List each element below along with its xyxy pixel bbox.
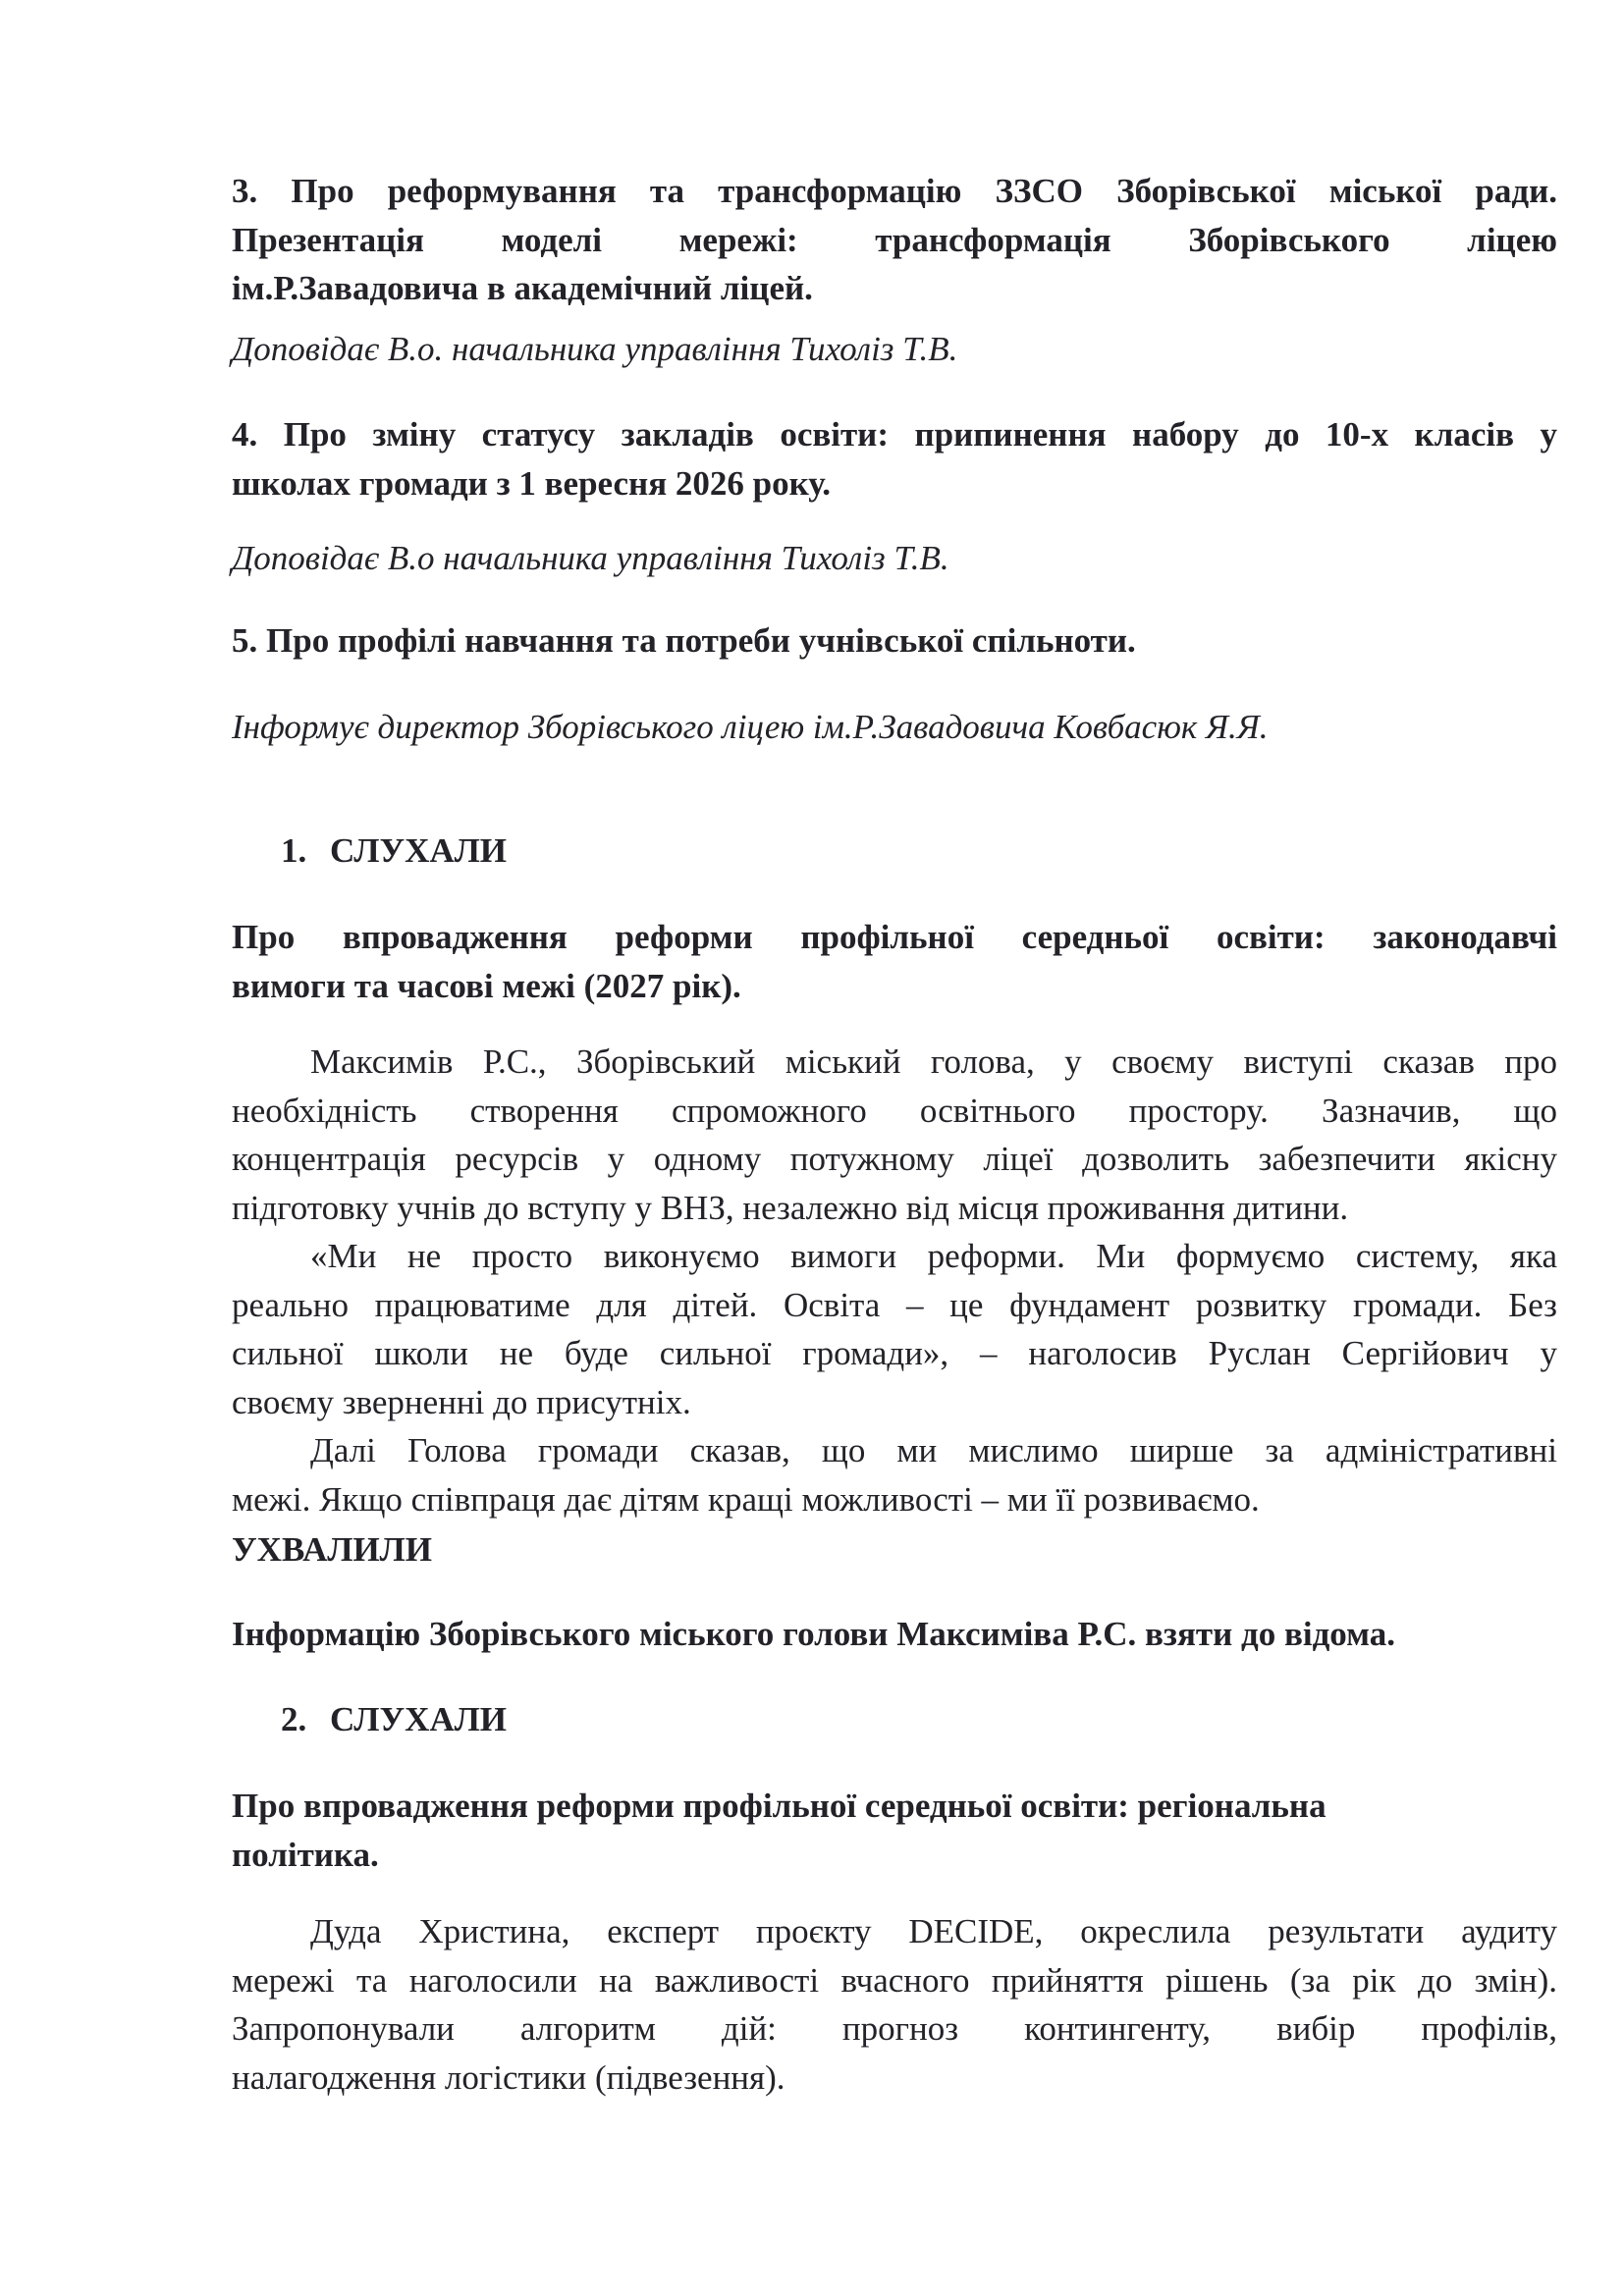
section-2-p1-line-4: налагодження логістики (підвезення).: [232, 2054, 1557, 2103]
section-2-label: СЛУХАЛИ: [330, 1700, 507, 1738]
section-1-p2-line-4: своєму зверненні до присутніх.: [232, 1378, 1557, 1427]
section-2-heading: 2.СЛУХАЛИ: [232, 1695, 1606, 1744]
section-1-paragraph-3: Далі Голова громади сказав, що ми мислим…: [232, 1426, 1557, 1523]
section-1-number: 1.: [281, 827, 330, 876]
section-1-label: СЛУХАЛИ: [330, 831, 507, 870]
section-2-paragraph-1: Дуда Христина, експерт проєкту DECIDE, о…: [232, 1907, 1557, 2102]
agenda-item-4-line-2: школах громади з 1 вересня 2026 року.: [232, 459, 1557, 508]
agenda-item-5-speaker: Інформує директор Зборівського ліцею ім.…: [232, 703, 1557, 752]
agenda-item-4-line-1: 4. Про зміну статусу закладів освіти: пр…: [232, 410, 1557, 459]
section-2-number: 2.: [281, 1695, 330, 1744]
section-2-p1-line-3: Запропонували алгоритм дій: прогноз конт…: [232, 2004, 1557, 2054]
section-1-p2-line-1: «Ми не просто виконуємо вимоги реформи. …: [232, 1232, 1557, 1281]
section-1-p1-line-2: необхідність створення спроможного освіт…: [232, 1087, 1557, 1136]
agenda-item-3-speaker: Доповідає В.о. начальника управління Тих…: [232, 325, 1557, 374]
section-2-topic-line-1: Про впровадження реформи профільної сере…: [232, 1782, 1557, 1831]
section-2-topic: Про впровадження реформи профільної сере…: [232, 1782, 1557, 1879]
section-1-p1-line-1: Максимів Р.С., Зборівський міський голов…: [232, 1038, 1557, 1087]
section-1-topic-line-1: Про впровадження реформи профільної сере…: [232, 913, 1557, 962]
section-1-topic-line-2: вимоги та часові межі (2027 рік).: [232, 962, 1557, 1011]
section-1-heading: 1.СЛУХАЛИ: [232, 827, 1606, 876]
section-1-p3-line-1: Далі Голова громади сказав, що ми мислим…: [232, 1426, 1557, 1475]
section-2-p1-line-2: мережі та наголосили на важливості вчасн…: [232, 1956, 1557, 2005]
section-1-p2-line-2: реально працюватиме для дітей. Освіта – …: [232, 1281, 1557, 1330]
section-1-p3-line-2: межі. Якщо співпраця дає дітям кращі мож…: [232, 1475, 1557, 1524]
section-2-topic-line-2: політика.: [232, 1831, 1557, 1880]
section-1-p1-line-3: концентрація ресурсів у одному потужному…: [232, 1135, 1557, 1184]
section-1-decided-label: УХВАЛИЛИ: [232, 1525, 1557, 1575]
section-1-paragraph-2: «Ми не просто виконуємо вимоги реформи. …: [232, 1232, 1557, 1426]
section-1-p1-line-4: підготовку учнів до вступу у ВНЗ, незале…: [232, 1184, 1557, 1233]
agenda-item-3-line-2: Презентація моделі мережі: трансформація…: [232, 216, 1557, 265]
agenda-item-3-title: 3. Про реформування та трансформацію ЗЗС…: [232, 167, 1557, 313]
agenda-item-5-title: 5. Про профілі навчання та потреби учнів…: [232, 616, 1557, 666]
agenda-item-3-line-3: ім.Р.Завадовича в академічний ліцей.: [232, 264, 1557, 313]
section-1-p2-line-3: сильної школи не буде сильної громади», …: [232, 1329, 1557, 1378]
section-2-p1-line-1: Дуда Христина, експерт проєкту DECIDE, о…: [232, 1907, 1557, 1956]
section-1-decision: Інформацію Зборівського міського голови …: [232, 1610, 1557, 1659]
agenda-item-3-line-1: 3. Про реформування та трансформацію ЗЗС…: [232, 167, 1557, 216]
section-1-paragraph-1: Максимів Р.С., Зборівський міський голов…: [232, 1038, 1557, 1232]
agenda-item-4-speaker: Доповідає В.о начальника управління Тихо…: [232, 534, 1557, 583]
section-1-topic: Про впровадження реформи профільної сере…: [232, 913, 1557, 1010]
agenda-item-4-title: 4. Про зміну статусу закладів освіти: пр…: [232, 410, 1557, 507]
